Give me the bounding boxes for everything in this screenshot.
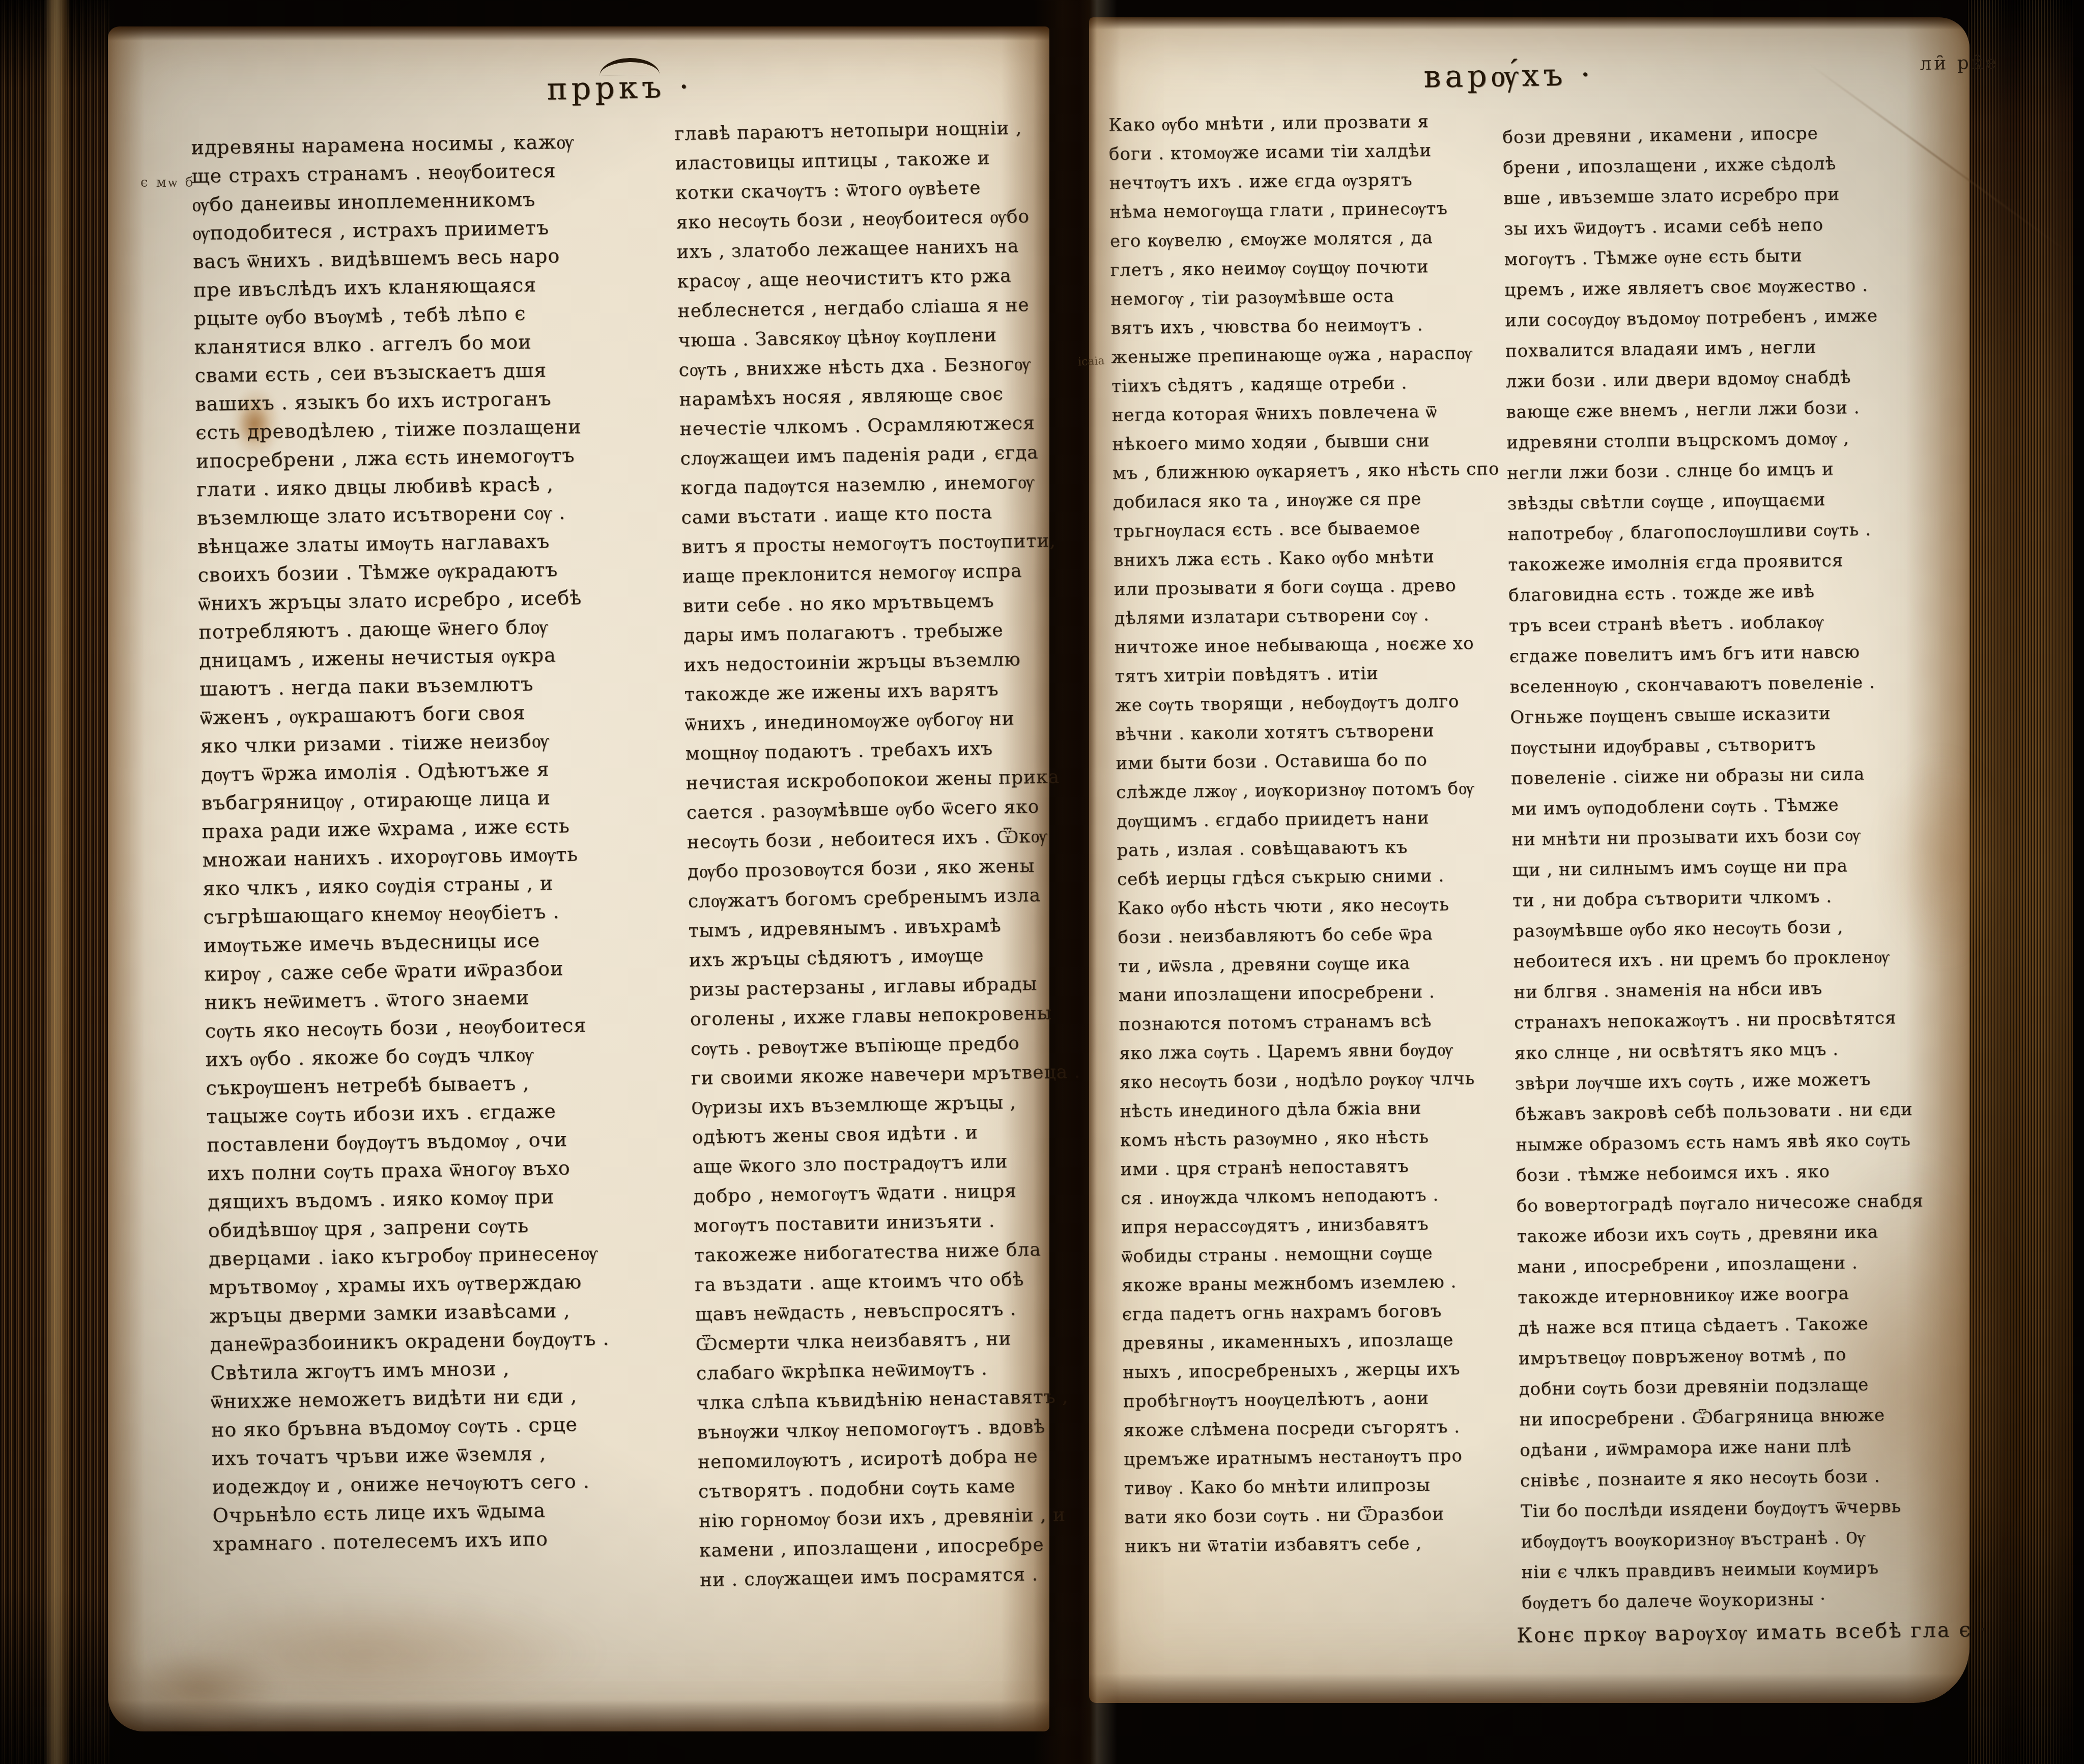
open-book-photo: прркъ · є мѡ б идревяны нарамена носимы … <box>0 0 2084 1764</box>
titlo-mark <box>599 58 660 76</box>
right-page: варѹ́хъ · ли̑ рк̑е Како ѹбо мнѣти , или … <box>1089 17 1969 1703</box>
chapter-colophon: Конє пркѹ варѹхѹ имать всебѣ гла є · <box>1517 1617 1988 1647</box>
spine-light-gap <box>44 0 70 1764</box>
book-spine-page-edges <box>0 0 109 1764</box>
text-column-1: идревяны нарамена носимы , кажѹ ще страх… <box>191 127 613 1558</box>
left-page: прркъ · є мѡ б идревяны нарамена носимы … <box>108 26 1049 1731</box>
running-title-right: варѹ́хъ · <box>1382 56 1637 96</box>
margin-gloss-left: є мѡ б <box>140 175 195 190</box>
paper-foxing <box>132 1594 601 1711</box>
text-column-2: главѣ параютъ нетопыри нощніи , иластови… <box>674 113 1090 1596</box>
book-fore-edge-page-edges <box>1967 0 2084 1764</box>
margin-gloss-gutter: ісаіа <box>1077 355 1105 369</box>
text-column-4: бози древяни , икамени , ипосре брени , … <box>1502 117 1929 1618</box>
folio-number: ли̑ рк̑е <box>1883 51 2036 75</box>
text-column-3: Како ѹбо мнѣти , или прозвати я боги . к… <box>1108 106 1512 1561</box>
paper-foxing <box>117 1650 280 1726</box>
